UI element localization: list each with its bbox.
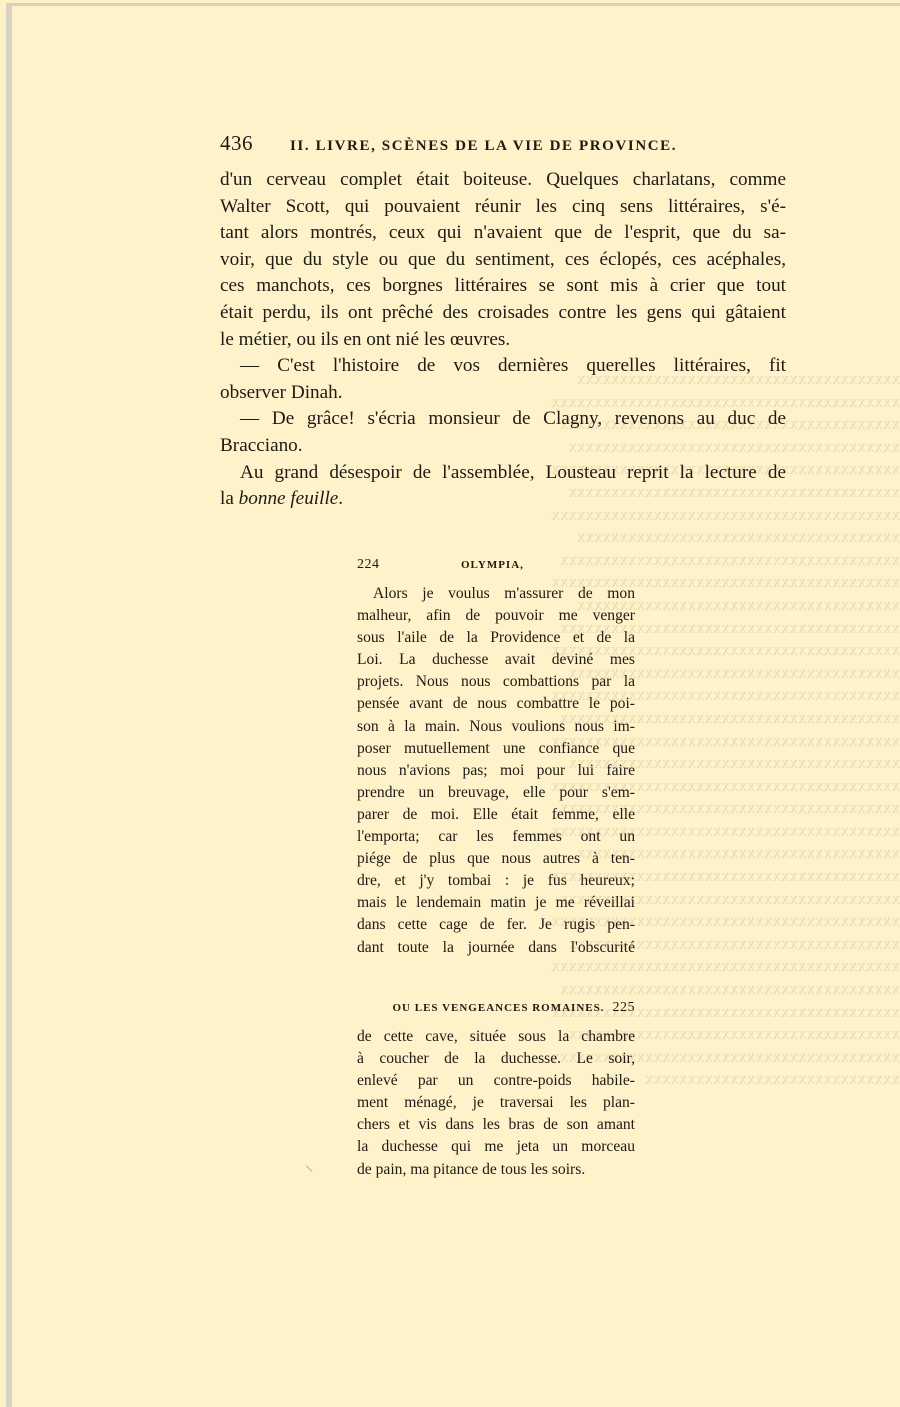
excerpt-header: OU LES VENGEANCES ROMAINES. 225 bbox=[357, 1000, 635, 1026]
dialogue-line-dinah: — C'est l'histoire de vos dernières quer… bbox=[220, 353, 786, 406]
text-line: dans cette cage de fer. Je rugis pen- bbox=[357, 914, 635, 936]
excerpt-page-number: 225 bbox=[613, 1000, 636, 1016]
text-line: piége de plus que nous autres à ten- bbox=[357, 848, 635, 870]
text-line: Alors je voulus m'assurer de mon bbox=[357, 583, 635, 605]
text-line: enlevé par un contre-poids habile- bbox=[357, 1070, 635, 1092]
text-line: Au grand désespoir de l'assemblée, Loust… bbox=[220, 460, 786, 487]
text-line: dre, et j'y tombai : je fus heureux; bbox=[357, 870, 635, 892]
excerpt-text: de cette cave, située sous la chambre à … bbox=[357, 1026, 635, 1181]
text-line: son à la main. Nous voulions nous im- bbox=[357, 716, 635, 738]
scan-edge-left bbox=[6, 3, 12, 1407]
text-line: de pain, ma pitance de tous les soirs. bbox=[357, 1159, 635, 1181]
text-line: — C'est l'histoire de vos dernières quer… bbox=[220, 353, 786, 380]
text-line: d'un cerveau complet était boiteuse. Que… bbox=[220, 167, 786, 194]
text-line: sous l'aile de la Providence et de la bbox=[357, 627, 635, 649]
text-line: nous n'avions pas; moi pour lui faire bbox=[357, 760, 635, 782]
text-line: — De grâce! s'écria monsieur de Clagny, … bbox=[220, 406, 786, 433]
text-line: Loi. La duchesse avait deviné mes bbox=[357, 649, 635, 671]
text-line: Bracciano. bbox=[220, 433, 786, 460]
text-line: dant toute la journée dans l'obscurité bbox=[357, 937, 635, 959]
page-number: 436 bbox=[220, 131, 290, 156]
text-line: observer Dinah. bbox=[220, 380, 786, 407]
excerpt-title: OU LES VENGEANCES ROMAINES. bbox=[392, 1002, 604, 1014]
text-line: ment ménagé, je traversai les plan- bbox=[357, 1092, 635, 1114]
excerpt-text: Alors je voulus m'assurer de mon malheur… bbox=[357, 583, 635, 959]
text-line: était perdu, ils ont prêché des croisade… bbox=[220, 300, 786, 327]
excerpt-title: OLYMPIA, bbox=[461, 559, 524, 571]
text-fragment: . bbox=[338, 488, 343, 509]
text-fragment: la bbox=[220, 488, 239, 509]
text-line: Walter Scott, qui pouvaient réunir les c… bbox=[220, 194, 786, 221]
text-line: de cette cave, située sous la chambre bbox=[357, 1026, 635, 1048]
text-line: tant alors montrés, ceux qui n'avaient q… bbox=[220, 220, 786, 247]
text-line: projets. Nous nous combattions par la bbox=[357, 671, 635, 693]
body-paragraph: d'un cerveau complet était boiteuse. Que… bbox=[220, 167, 786, 513]
dialogue-line-clagny: — De grâce! s'écria monsieur de Clagny, … bbox=[220, 406, 786, 459]
text-line: le métier, ou ils en ont nié les œuvres. bbox=[220, 327, 786, 354]
text-line: la bonne feuille. bbox=[220, 486, 786, 513]
scan-edge-top bbox=[6, 3, 900, 6]
embedded-excerpt-page-225: OU LES VENGEANCES ROMAINES. 225 de cette… bbox=[357, 1000, 635, 1181]
text-line: la duchesse qui me jeta un morceau bbox=[357, 1136, 635, 1158]
main-text-block: 436 II. LIVRE, SCÈNES DE LA VIE DE PROVI… bbox=[220, 131, 786, 513]
text-line: malheur, afin de pouvoir me venger bbox=[357, 605, 635, 627]
text-line: prendre un breuvage, elle pour s'em- bbox=[357, 782, 635, 804]
excerpt-page-number: 224 bbox=[357, 557, 461, 573]
text-line: parer de moi. Elle était femme, elle bbox=[357, 804, 635, 826]
running-head-title: II. LIVRE, SCÈNES DE LA VIE DE PROVINCE. bbox=[290, 138, 677, 155]
text-line: voir, que du style ou que du sentiment, … bbox=[220, 247, 786, 274]
text-line: pensée avant de nous combattre le poi- bbox=[357, 693, 635, 715]
text-line: chers et vis dans les bras de son amant bbox=[357, 1114, 635, 1136]
italic-term: bonne feuille bbox=[239, 488, 339, 509]
text-line: à coucher de la duchesse. Le soir, bbox=[357, 1048, 635, 1070]
narration-lousteau: Au grand désespoir de l'assemblée, Loust… bbox=[220, 460, 786, 513]
text-line: poser mutuellement une confiance que bbox=[357, 738, 635, 760]
embedded-excerpt-page-224: 224 OLYMPIA, Alors je voulus m'assurer d… bbox=[357, 557, 635, 959]
text-line: ces manchots, ces borgnes littéraires se… bbox=[220, 273, 786, 300]
excerpt-header: 224 OLYMPIA, bbox=[357, 557, 635, 583]
text-line: mais le lendemain matin je me réveillai bbox=[357, 892, 635, 914]
text-line: l'emporta; car les femmes ont un bbox=[357, 826, 635, 848]
running-head: 436 II. LIVRE, SCÈNES DE LA VIE DE PROVI… bbox=[220, 131, 786, 167]
